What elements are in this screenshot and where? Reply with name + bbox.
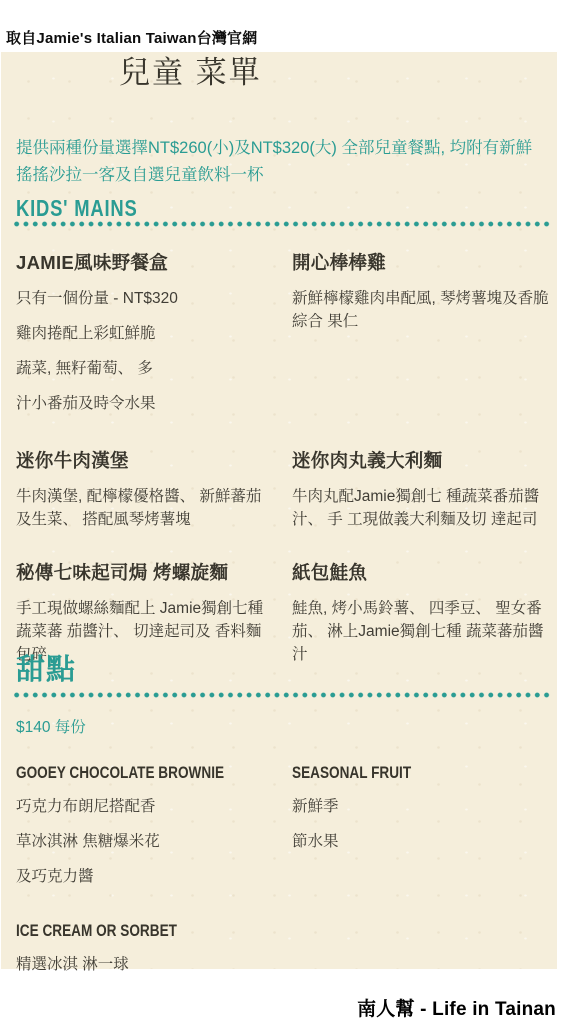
item-description-line: 牛肉丸配Jamie獨創七 種蔬菜番茄醬汁、 手 工現做義大利麵及切 達起司: [292, 485, 556, 531]
item-description-line: 新鮮季: [292, 795, 556, 818]
item-description-line: 雞肉捲配上彩虹鮮脆: [16, 322, 274, 345]
page: 取自Jamie's Italian Taiwan台灣官網 兒童 菜單 提供兩種份…: [0, 0, 562, 1024]
dotted-divider: [12, 692, 553, 698]
item-name: ICE CREAM OR SORBET: [16, 921, 274, 941]
item-description-line: 蔬菜, 無籽葡萄、 多: [16, 357, 274, 380]
item-name: 開心棒棒雞: [292, 250, 556, 275]
mains-row-1: JAMIE風味野餐盒 只有一個份量 - NT$320 雞肉捲配上彩虹鮮脆 蔬菜,…: [16, 250, 556, 415]
item-description-line: 鮭魚, 烤小馬鈴薯、 四季豆、 聖女番茄、 淋上Jamie獨創七種 蔬菜蕃茄醬汁: [292, 597, 556, 666]
item-description-line: 牛肉漢堡, 配檸檬優格醬、 新鮮蕃茄及生菜、 搭配風琴烤薯塊: [16, 485, 274, 531]
kids-mains-heading: KIDS' MAINS: [16, 197, 168, 220]
desserts-price-note: $140 每份: [16, 715, 86, 737]
footer-credit: 南人幫 - Life in Tainan: [357, 994, 556, 1021]
item-description-line: 精選冰淇 淋一球: [16, 953, 274, 976]
item-description-line: 草冰淇淋 焦糖爆米花: [16, 830, 274, 853]
mains-row-2: 迷你牛肉漢堡 牛肉漢堡, 配檸檬優格醬、 新鮮蕃茄及生菜、 搭配風琴烤薯塊 迷你…: [16, 448, 556, 531]
item-description-line: 汁小番茄及時令水果: [16, 392, 274, 415]
item-name-text: GOOEY CHOCOLATE BROWNIE: [16, 763, 224, 783]
menu-item-mini-meatball-pasta: 迷你肉丸義大利麵 牛肉丸配Jamie獨創七 種蔬菜番茄醬汁、 手 工現做義大利麵…: [292, 448, 556, 531]
menu-item-mini-burger: 迷你牛肉漢堡 牛肉漢堡, 配檸檬優格醬、 新鮮蕃茄及生菜、 搭配風琴烤薯塊: [16, 448, 292, 531]
menu-item-picnic-box: JAMIE風味野餐盒 只有一個份量 - NT$320 雞肉捲配上彩虹鮮脆 蔬菜,…: [16, 250, 292, 415]
menu-item-cheese-fusilli: 秘傳七味起司焗 烤螺旋麵 手工現做螺絲麵配上 Jamie獨創七種蔬菜蕃 茄醬汁、…: [16, 560, 292, 666]
item-name: 紙包鮭魚: [292, 560, 556, 585]
item-name: 迷你牛肉漢堡: [16, 448, 274, 473]
desserts-row-2: ICE CREAM OR SORBET 精選冰淇 淋一球: [16, 921, 556, 976]
menu-panel: 兒童 菜單 提供兩種份量選擇NT$260(小)及NT$320(大) 全部兒童餐點…: [1, 52, 557, 969]
item-description-line: 只有一個份量 - NT$320: [16, 287, 274, 310]
desserts-row-2-spacer: [292, 921, 556, 976]
mains-row-3: 秘傳七味起司焗 烤螺旋麵 手工現做螺絲麵配上 Jamie獨創七種蔬菜蕃 茄醬汁、…: [16, 560, 556, 666]
desserts-row-1: GOOEY CHOCOLATE BROWNIE 巧克力布朗尼搭配香 草冰淇淋 焦…: [16, 763, 556, 888]
menu-item-chocolate-brownie: GOOEY CHOCOLATE BROWNIE 巧克力布朗尼搭配香 草冰淇淋 焦…: [16, 763, 292, 888]
desserts-heading: 甜點: [16, 656, 76, 685]
item-description-line: 節水果: [292, 830, 556, 853]
menu-item-seasonal-fruit: SEASONAL FRUIT 新鮮季 節水果: [292, 763, 556, 888]
item-name-text: SEASONAL FRUIT: [292, 763, 411, 783]
menu-item-lollipop-chicken: 開心棒棒雞 新鮮檸檬雞肉串配風, 琴烤薯塊及香脆綜合 果仁: [292, 250, 556, 415]
menu-item-salmon-parcel: 紙包鮭魚 鮭魚, 烤小馬鈴薯、 四季豆、 聖女番茄、 淋上Jamie獨創七種 蔬…: [292, 560, 556, 666]
item-name: 秘傳七味起司焗 烤螺旋麵: [16, 560, 274, 585]
kids-mains-heading-text: KIDS' MAINS: [16, 197, 138, 220]
source-caption: 取自Jamie's Italian Taiwan台灣官網: [6, 27, 257, 48]
item-description-line: 新鮮檸檬雞肉串配風, 琴烤薯塊及香脆綜合 果仁: [292, 287, 556, 333]
menu-item-ice-cream: ICE CREAM OR SORBET 精選冰淇 淋一球: [16, 921, 292, 976]
menu-intro: 提供兩種份量選擇NT$260(小)及NT$320(大) 全部兒童餐點, 均附有新…: [16, 135, 548, 189]
dotted-divider: [12, 221, 553, 227]
item-description-line: 巧克力布朗尼搭配香: [16, 795, 274, 818]
item-name: JAMIE風味野餐盒: [16, 250, 274, 275]
item-name: 迷你肉丸義大利麵: [292, 448, 556, 473]
menu-title: 兒童 菜單: [119, 56, 262, 90]
item-name: SEASONAL FRUIT: [292, 763, 556, 783]
item-name-text: ICE CREAM OR SORBET: [16, 921, 177, 941]
item-name: GOOEY CHOCOLATE BROWNIE: [16, 763, 274, 783]
item-description-line: 及巧克力醬: [16, 865, 274, 888]
